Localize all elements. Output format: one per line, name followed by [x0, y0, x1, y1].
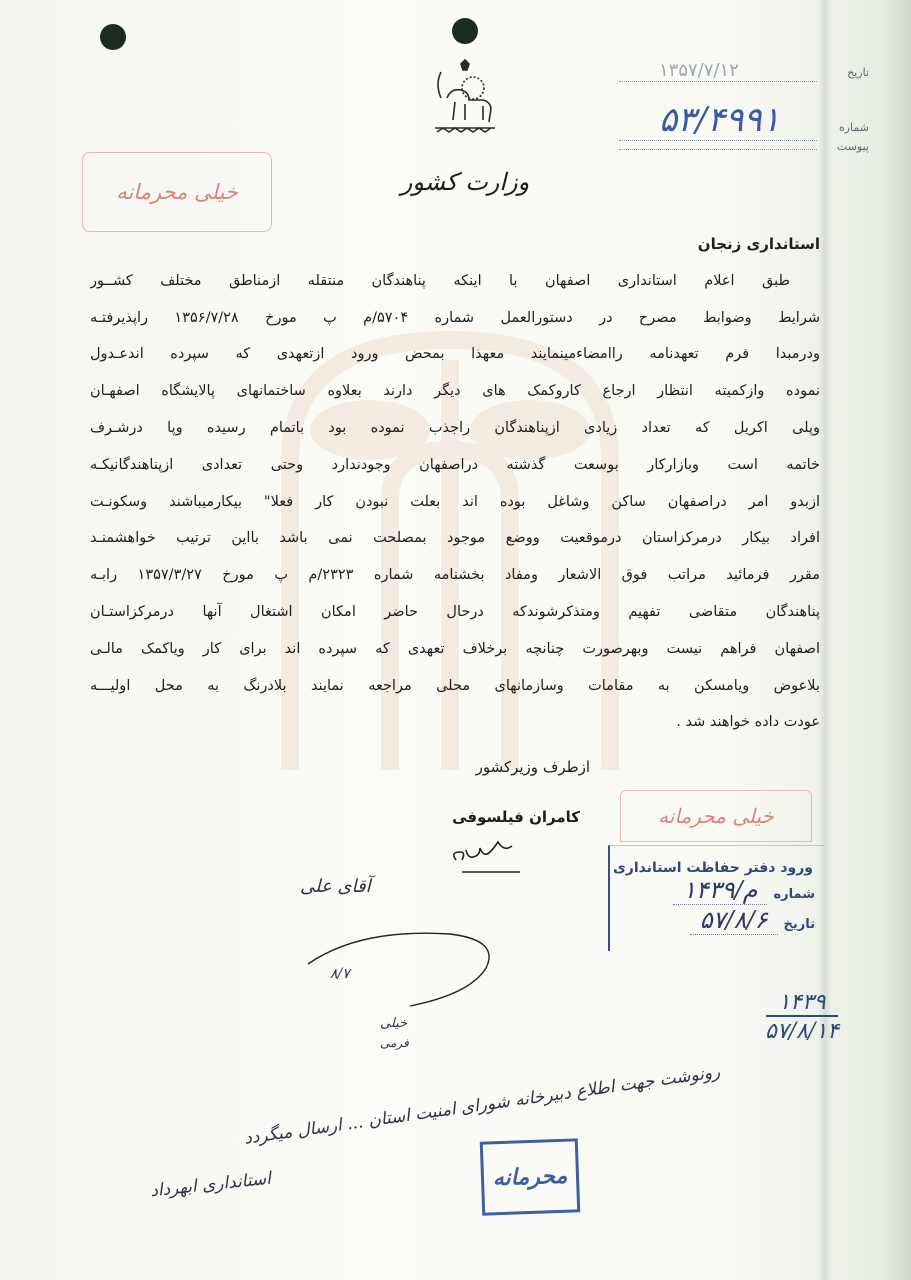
top-secret-stamp: خیلی محرمانه — [82, 152, 272, 232]
date-value: ۱۳۵۷/۷/۱۲ — [619, 60, 817, 82]
handwritten-note-1: آقای علی — [300, 876, 371, 897]
body-line: اصفهان فراهم نیست وبهرصورت چنانچه برخلاف… — [90, 631, 820, 668]
addressee: استانداری زنجان — [90, 226, 820, 263]
body-line: پناهندگان متقاضی تفهیم ومتذکرشوندکه درحا… — [90, 594, 820, 631]
body-line: عودت داده خواهند شد . — [90, 704, 820, 741]
receipt-secret-stamp: خیلی محرمانه — [620, 790, 812, 842]
number-value: ۵۳/۴۹۹۱ — [619, 100, 817, 141]
meta-date-row: تاریخ ۱۳۵۷/۷/۱۲ — [619, 60, 869, 100]
body-line: افراد بیکار درمرکزاستان درموقعیت ووضع مو… — [90, 520, 820, 557]
signature-icon — [448, 838, 528, 878]
receipt-date-row: تاریخ ۵۷/۸/۶ — [610, 906, 825, 936]
handwritten-small-note: خیلی — [380, 1016, 407, 1031]
body-line: بلاعوض ویامسکن به مقامات وسازمانهای محلی… — [90, 668, 820, 705]
receipt-title: ورود دفتر حفاظت استانداری — [610, 846, 825, 876]
letter-meta: تاریخ ۱۳۵۷/۷/۱۲ شماره ۵۳/۴۹۹۱ پیوست — [619, 60, 869, 164]
attachment-value — [619, 149, 817, 150]
lion-and-sun-emblem-icon — [425, 58, 505, 148]
handwritten-note-1-ref: ۸/۷ — [330, 966, 350, 982]
body-line: نموده وازکمیته انتظار ارجاع کاروکمک های … — [90, 373, 820, 410]
receipt-number-label: شماره — [773, 887, 815, 902]
receipt-date-label: تاریخ — [784, 917, 816, 932]
handwritten-small-note-2: فرمی — [380, 1036, 409, 1050]
body-line: ودرمبدا فرم تعهدنامه راامضاءمینمایند معه… — [90, 336, 820, 373]
reference-denominator: ۵۷/۸/۱۴ — [732, 1019, 872, 1044]
body-line: ازبدو امر دراصفهان ساکن وشاغل بوده اند ب… — [90, 484, 820, 521]
letter-body: استانداری زنجان طبق اعلام استانداری اصفه… — [90, 226, 820, 741]
body-line: خاتمه است وبازارکار بوسعت گذشته دراصفهان… — [90, 447, 820, 484]
receipt-number-row: شماره ۱۴۳۹/م — [610, 876, 825, 906]
receipt-number-value: ۱۴۳۹/م — [673, 876, 768, 905]
date-label: تاریخ — [823, 66, 869, 79]
attachment-label: پیوست — [823, 140, 869, 153]
paper-fold-shadow — [818, 0, 832, 1280]
punch-hole-left — [100, 24, 126, 50]
receipt-stamp: ورود دفتر حفاظت استانداری شماره ۱۴۳۹/م ت… — [608, 845, 825, 951]
closing-line: ازطرف وزیرکشور — [440, 758, 590, 776]
punch-hole-center — [452, 18, 478, 44]
confidential-stamp: محرمانه — [480, 1138, 581, 1215]
signer-name: کامران فیلسوفی — [440, 808, 580, 826]
body-line: وپلی اکریل که تعداد زیادی ازپناهندگان را… — [90, 410, 820, 447]
receipt-date-value: ۵۷/۸/۶ — [690, 906, 778, 935]
body-line: طبق اعلام استانداری اصفهان با اینکه پناه… — [90, 263, 820, 300]
reference-numerator: ۱۴۳۹ — [766, 990, 837, 1017]
handwritten-reference: ۱۴۳۹ ۵۷/۸/۱۴ — [732, 990, 872, 1044]
body-line: شرایط وضوابط مصرح در دستورالعمل شماره ۵۷… — [90, 300, 820, 337]
meta-attachment-row: پیوست — [619, 140, 869, 164]
number-label: شماره — [823, 121, 869, 134]
body-line: مقرر فرمائید مراتب فوق الاشعار ومفاد بخش… — [90, 557, 820, 594]
ministry-title: وزارت کشور — [395, 168, 535, 196]
meta-number-row: شماره ۵۳/۴۹۹۱ — [619, 100, 869, 140]
